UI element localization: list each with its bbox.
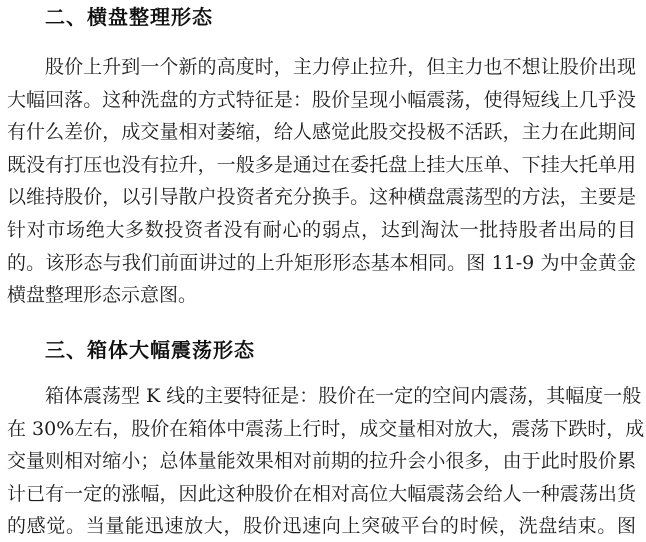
text-line: 的。该形态与我们前面讲过的上升矩形形态基本相同。图 11-9 为中金黄金	[7, 247, 636, 280]
text-line: 交量则相对缩小；总体量能效果相对前期的拉升会小很多，由于此时股价累	[7, 445, 636, 478]
text-line: 的感觉。当量能迅速放大，股价迅速向上突破平台的时候，洗盘结束。图	[7, 510, 636, 542]
text-line: 股价上升到一个新的高度时，主力停止拉升，但主力也不想让股价出现	[7, 51, 636, 84]
paragraph-box-oscillation: 箱体震荡型 K 线的主要特征是：股价在一定的空间内震荡，其幅度一般 在 30%左…	[7, 380, 636, 542]
text-line: 在 30%左右，股价在箱体中震荡上行时，成交量相对放大，震荡下跌时，成	[7, 413, 636, 446]
paragraph-horizontal-consolidation: 股价上升到一个新的高度时，主力停止拉升，但主力也不想让股价出现 大幅回落。这种洗…	[7, 51, 636, 312]
text-line: 横盘整理形态示意图。	[7, 279, 636, 312]
text-line: 针对市场绝大多数投资者没有耐心的弱点，达到淘汰一批持股者出局的目	[7, 214, 636, 247]
text-line: 有什么差价，成交量相对萎缩，给人感觉此股交投极不活跃，主力在此期间	[7, 116, 636, 149]
section-heading-box-oscillation: 三、箱体大幅震荡形态	[45, 338, 255, 362]
section-heading-horizontal-consolidation: 二、横盘整理形态	[45, 5, 213, 29]
text-line: 既没有打压也没有拉升，一般多是通过在委托盘上挂大压单、下挂大托单用	[7, 149, 636, 182]
text-line: 大幅回落。这种洗盘的方式特征是：股价呈现小幅震荡，使得短线上几乎没	[7, 84, 636, 117]
text-line: 以维持股价，以引导散户投资者充分换手。这种横盘震荡型的方法，主要是	[7, 181, 636, 214]
text-line: 箱体震荡型 K 线的主要特征是：股价在一定的空间内震荡，其幅度一般	[7, 380, 636, 413]
text-line: 计已有一定的涨幅，因此这种股价在相对高位大幅震荡会给人一种震荡出货	[7, 478, 636, 511]
